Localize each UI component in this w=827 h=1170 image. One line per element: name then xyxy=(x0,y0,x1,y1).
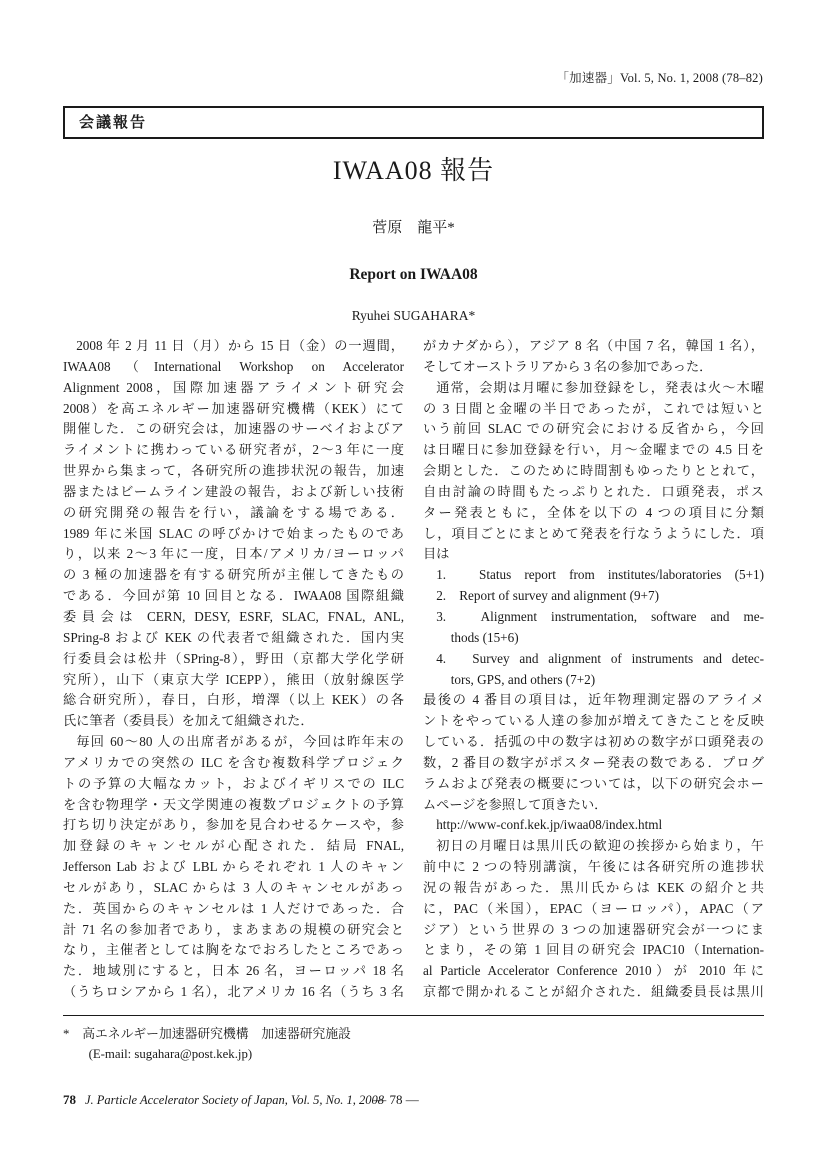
text-line: た．地域別にすると，日本 26 名，ヨーロッパ 18 名 xyxy=(63,961,404,982)
page-footer: 78J. Particle Accelerator Society of Jap… xyxy=(63,1092,764,1110)
text-line: なり，主催者としては胸をなでおろしたところであっ xyxy=(63,940,404,961)
right-column: がカナダから），アジア 8 名（中国 7 名，韓国 1 名），そしてオーストラリ… xyxy=(423,336,764,1003)
article-type-banner: 会議報告 xyxy=(63,106,764,139)
text-line: の 3 極の加速器を有する研究所が主催してきたもの xyxy=(63,565,404,586)
page-title-en: Report on IWAA08 xyxy=(0,266,827,284)
text-line: ター発表ともに，全体を以下の 4 つの項目に分類 xyxy=(423,503,764,524)
text-line: 世界から集まって，各研究所の進捗状況の報告，加速 xyxy=(63,461,404,482)
footnote-divider xyxy=(63,1015,764,1016)
author-name-en: Ryuhei SUGAHARA* xyxy=(0,308,827,324)
text-line: http://www-conf.kek.jp/iwaa08/index.html xyxy=(423,815,764,836)
text-line: 最後の 4 番目の項目は，近年物理測定器のアライメ xyxy=(423,690,764,711)
text-line: に，PAC（米国），EPAC（ヨーロッパ），APAC（ア xyxy=(423,899,764,920)
text-line: 開催した．この研究会は，加速器のサーベイおよびア xyxy=(63,419,404,440)
text-line: Jefferson Lab および LBL からそれぞれ 1 人のキャン xyxy=(63,857,404,878)
banner-label: 会議報告 xyxy=(65,108,762,137)
footnote-email: (E-mail: sugahara@post.kek.jp) xyxy=(63,1044,483,1064)
text-line: al Particle Accelerator Conference 2010）… xyxy=(423,961,764,982)
text-line: 目は xyxy=(423,544,764,565)
text-line: 毎回 60〜80 人の出席者があるが，今回は昨年末の xyxy=(63,732,404,753)
text-line: 究所），山下（東京大学 ICEPP），熊田（放射線医学 xyxy=(63,670,404,691)
text-line: アメリカでの突然の ILC を含む複数科学プロジェク xyxy=(63,753,404,774)
footer-center-page-number: — 78 — xyxy=(331,1092,461,1108)
footnote-affiliation: * 高エネルギー加速器研究機構 加速器研究施設 xyxy=(63,1024,483,1044)
author-name-jp: 菅原 龍平* xyxy=(0,216,827,237)
text-line: 委員会は CERN, DESY, ESRF, SLAC, FNAL, ANL, xyxy=(63,607,404,628)
text-line: ラムおよび発表の概要については，以下の研究会ホー xyxy=(423,774,764,795)
text-line: 数，2 番目の数字がポスター発表の数である．プログ xyxy=(423,753,764,774)
text-line: 計 71 名の参加者であり，まあまあの規模の研究会と xyxy=(63,920,404,941)
text-line: SPring-8 および KEK の代表者で組織された．国内実 xyxy=(63,628,404,649)
text-line: とまり，その第 1 回目の研究会 IPAC10（Internation- xyxy=(423,940,764,961)
text-line: 1. Status report from institutes/laborat… xyxy=(423,565,764,586)
text-line: thods (15+6) xyxy=(423,628,764,649)
text-line: 通常，会期は月曜に参加登録をし，発表は火〜木曜 xyxy=(423,378,764,399)
text-line: 京都で開かれることが紹介された．組織委員長は黒川 xyxy=(423,982,764,1003)
text-line: 打ち切り決定があり，参加を見合わせるケースや，参 xyxy=(63,815,404,836)
text-line: IWAA08（International Workshop on Acceler… xyxy=(63,357,404,378)
text-line: そしてオーストラリアから 3 名の参加であった． xyxy=(423,357,764,378)
text-line: 1989 年に米国 SLAC の呼びかけで始まったものであ xyxy=(63,524,404,545)
text-line: いう前回 SLAC での研究会における反省から，今回 xyxy=(423,419,764,440)
text-line: ムページを参照して頂きたい． xyxy=(423,795,764,816)
text-line: がカナダから），アジア 8 名（中国 7 名，韓国 1 名）， xyxy=(423,336,764,357)
page-title: IWAA08 報告 xyxy=(0,150,827,187)
text-line: tors, GPS, and others (7+2) xyxy=(423,670,764,691)
text-line: 況の報告があった．黒川氏からは KEK の紹介と共 xyxy=(423,878,764,899)
text-line: Alignment 2008，国際加速器アライメント研究会 xyxy=(63,378,404,399)
text-line: ジア）という世界の 3 つの加速器研究会が一つにま xyxy=(423,920,764,941)
text-line: ントをやっている人達の参加が増えてきたことを反映 xyxy=(423,711,764,732)
text-line: 行委員会は松井（SPring-8），野田（京都大学化学研 xyxy=(63,649,404,670)
footer-page-number: 78 xyxy=(63,1092,76,1107)
text-line: 自由討論の時間もたっぷりとれた．口頭発表，ポス xyxy=(423,482,764,503)
text-line: 4. Survey and alignment of instruments a… xyxy=(423,649,764,670)
text-line: の研究開発の報告を行い，議論をする場である． xyxy=(63,503,404,524)
text-line: を含む物理学・天文学関連の複数プロジェクトの予算 xyxy=(63,795,404,816)
text-line: である．今回が第 10 回目となる．IWAA08 国際組織 xyxy=(63,586,404,607)
text-line: トの予算の大幅なカット，およびイギリスでの ILC xyxy=(63,774,404,795)
text-line: ライメントに携わっている研究者が，2〜3 年に一度 xyxy=(63,440,404,461)
text-line: 前中に 2 つの特別講演，午後には各研究所の進捗状 xyxy=(423,857,764,878)
text-line: 加登録のキャンセルが心配された．結局 FNAL, xyxy=(63,836,404,857)
text-line: は日曜日に参加登録を行い，月〜金曜までの 4.5 日を xyxy=(423,440,764,461)
text-line: 器またはビームライン建設の報告，および新しい技術 xyxy=(63,482,404,503)
left-column: 2008 年 2 月 11 日（月）から 15 日（金）の一週間，IWAA08（… xyxy=(63,336,404,1003)
text-line: 2008 年 2 月 11 日（月）から 15 日（金）の一週間， xyxy=(63,336,404,357)
text-line: の 3 日間と金曜の半日であったが，これでは短いと xyxy=(423,399,764,420)
text-line: 3. Alignment instrumentation, software a… xyxy=(423,607,764,628)
text-line: 総合研究所），春日，白形，増澤（以上 KEK）の各 xyxy=(63,690,404,711)
text-line: た．英国からのキャンセルは 1 人だけであった．合 xyxy=(63,899,404,920)
text-line: セルがあり，SLAC からは 3 人のキャンセルがあっ xyxy=(63,878,404,899)
text-line: 2. Report of survey and alignment (9+7) xyxy=(423,586,764,607)
journal-volume-header: 「加速器」Vol. 5, No. 1, 2008 (78–82) xyxy=(556,68,763,86)
text-line: 氏に筆者（委員長）を加えて組織された． xyxy=(63,711,404,732)
text-line: し，項目ごとにまとめて発表を行なうようにした．項 xyxy=(423,524,764,545)
footnote: * 高エネルギー加速器研究機構 加速器研究施設 (E-mail: sugahar… xyxy=(63,1024,483,1064)
text-line: 会期とした．このために時間割もゆったりととれて， xyxy=(423,461,764,482)
text-line: （うちロシアから 1 名），北アメリカ 16 名（うち 3 名 xyxy=(63,982,404,1003)
text-line: している．括弧の中の数字は初めの数字が口頭発表の xyxy=(423,732,764,753)
two-column-body: 2008 年 2 月 11 日（月）から 15 日（金）の一週間，IWAA08（… xyxy=(63,336,764,1003)
text-line: り，以来 2〜3 年に一度，日本/アメリカ/ヨーロッパ xyxy=(63,544,404,565)
text-line: 初日の月曜日は黒川氏の歓迎の挨拶から始まり，午 xyxy=(423,836,764,857)
text-line: 2008）を高エネルギー加速器研究機構（KEK）にて xyxy=(63,399,404,420)
journal-article-page: 「加速器」Vol. 5, No. 1, 2008 (78–82) 会議報告 IW… xyxy=(0,0,827,1170)
